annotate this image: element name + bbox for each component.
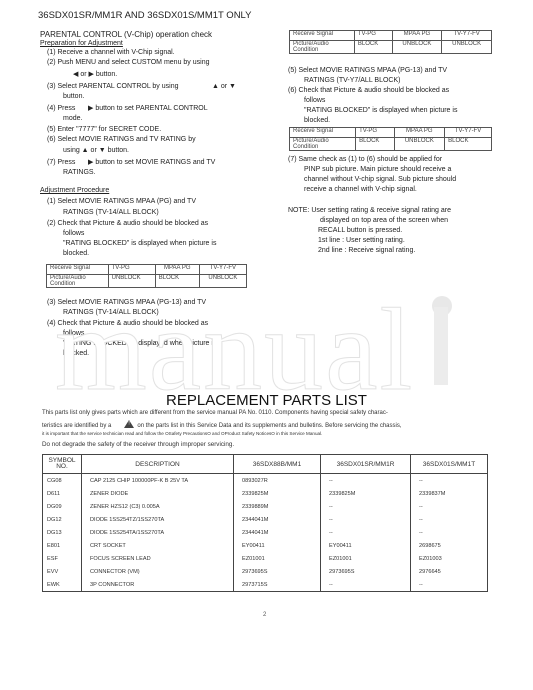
header-cell: Receive Signal <box>47 265 109 275</box>
right-step-6-cont: follows <box>304 96 325 106</box>
table-cell: CAP 2125 CHIP 100000PF-K B 25V TA <box>82 474 234 488</box>
table-cell: -- <box>321 500 411 513</box>
table-cell: DG13 <box>43 526 82 539</box>
table-row: DG09ZENER HZS12 (C3) 0.005A2339889M---- <box>43 500 488 513</box>
right-step-6-note: "RATING BLOCKED" is displayed when pictu… <box>304 106 457 116</box>
right-step-6: (6) Check that Picture & audio should be… <box>288 86 449 96</box>
table-cell: 2339825M <box>234 487 321 500</box>
table-row: DG12DIODE 1SS254TZ/1SS270TA2344041M---- <box>43 513 488 526</box>
note-line-3: RECALL button is pressed. <box>318 226 402 236</box>
header-cell: TV-Y7-FV <box>199 265 246 275</box>
value-cell: UNBLOCK <box>394 138 445 151</box>
table-cell: -- <box>321 513 411 526</box>
table-row: CG08CAP 2125 CHIP 100000PF-K B 25V TA089… <box>43 474 488 488</box>
page-number: 2 <box>263 612 266 618</box>
value-cell: BLOCK <box>354 41 392 54</box>
table-row: EWK3P CONNECTOR2973715S---- <box>43 578 488 592</box>
watermark-i-stem <box>434 307 448 385</box>
table-cell: 2339825M <box>321 487 411 500</box>
section-title-parental-control: PARENTAL CONTROL (V-Chip) operation chec… <box>40 30 212 39</box>
prep-step-6: (6) Select MOVIE RATINGS and TV RATING b… <box>47 135 196 145</box>
table-cell: CG08 <box>43 474 82 488</box>
table-cell: -- <box>411 526 488 539</box>
header-cell: Receive Signal <box>290 31 355 41</box>
watermark: manual <box>55 300 414 400</box>
header-cell: TV-PG <box>108 265 155 275</box>
col-header-symbol: SYMBOL NO. <box>43 455 82 474</box>
table-cell: 3P CONNECTOR <box>82 578 234 592</box>
note-line-4: 1st line : User setting rating. <box>318 236 405 246</box>
prep-step-4-cont: mode. <box>63 114 82 124</box>
adj-step-1: (1) Select MOVIE RATINGS MPAA (PG) and T… <box>47 197 196 207</box>
table-cell: -- <box>321 474 411 488</box>
table-row: D611ZENER DIODE2339825M2339825M2339837M <box>43 487 488 500</box>
header-cell: MPAA PG <box>392 31 442 41</box>
table-row: E801CRT SOCKETEY00411EY004112698675 <box>43 539 488 552</box>
table-cell: EZ01003 <box>411 552 488 565</box>
prep-step-1: (1) Receive a channel with V-Chip signal… <box>47 48 175 58</box>
document-header: 36SDX01SR/MM1R AND 36SDX01S/MM1T ONLY <box>38 10 251 21</box>
parts-intro-line-4: Do not degrade the safety of the receive… <box>42 441 234 448</box>
table-cell: 2973695S <box>234 565 321 578</box>
adj-step-2: (2) Check that Picture & audio should be… <box>47 219 208 229</box>
safety-warning-icon <box>124 420 134 428</box>
prep-step-4-text: ▶ button to set PARENTAL CONTROL <box>88 104 208 114</box>
value-cell: BLOCK <box>356 138 394 151</box>
parts-list-title: REPLACEMENT PARTS LIST <box>0 392 533 409</box>
signal-table-3: Receive Signal TV-PG MPAA PG TV-Y7-FV Pi… <box>289 127 492 151</box>
parts-intro-line-3: it is important that the service technic… <box>42 431 322 436</box>
row-label: Picture/AudioCondition <box>290 138 356 151</box>
adj-step-2-end: blocked. <box>63 249 89 259</box>
parts-intro-line-1: This parts list only gives parts which a… <box>42 410 388 416</box>
col-header-36sdx88b: 36SDX88B/MM1 <box>234 455 321 474</box>
table-cell: CRT SOCKET <box>82 539 234 552</box>
note-line-2: displayed on top area of the screen when <box>320 216 448 226</box>
table-cell: -- <box>411 578 488 592</box>
table-cell: EVV <box>43 565 82 578</box>
table-cell: EZ01001 <box>234 552 321 565</box>
table-cell: FOCUS SCREEN LEAD <box>82 552 234 565</box>
table-cell: ZENER HZS12 (C3) 0.005A <box>82 500 234 513</box>
header-cell: TV-PG <box>356 128 394 138</box>
right-step-7-cont-3: receive a channel with V-chip signal. <box>304 185 417 195</box>
table-cell: CONNECTOR (VM) <box>82 565 234 578</box>
header-cell: MPAA PG <box>155 265 199 275</box>
table-cell: 2344041M <box>234 513 321 526</box>
table-cell: 2339837M <box>411 487 488 500</box>
col-header-description: DESCRIPTION <box>82 455 234 474</box>
adj-step-2-note: "RATING BLOCKED" is displayed when pictu… <box>63 239 216 249</box>
table-cell: EZ01001 <box>321 552 411 565</box>
table-cell: -- <box>411 513 488 526</box>
table-cell: EWK <box>43 578 82 592</box>
note-line-1: NOTE: User setting rating & receive sign… <box>288 206 451 216</box>
right-step-7-cont-2: channel without V-chip signal. Sub pictu… <box>304 175 456 185</box>
header-cell: TV-PG <box>354 31 392 41</box>
table-cell: 2973715S <box>234 578 321 592</box>
value-cell: UNBLOCK <box>392 41 442 54</box>
table-cell: 0893027R <box>234 474 321 488</box>
header-cell: MPAA PG <box>394 128 445 138</box>
header-cell: Receive Signal <box>290 128 356 138</box>
subsection-preparation: Preparation for Adjustment <box>40 40 123 47</box>
table-cell: -- <box>321 526 411 539</box>
row-label: Picture/AudioCondition <box>290 41 355 54</box>
table-cell: DIODE 1SS254TZ/1SS270TA <box>82 513 234 526</box>
table-cell: D611 <box>43 487 82 500</box>
table-row: DG13DIODE 1SS254TA/1SS270TA2344041M---- <box>43 526 488 539</box>
header-cell: TV-Y7-FV <box>442 31 492 41</box>
col-header-36sdx01s: 36SDX01S/MM1T <box>411 455 488 474</box>
prep-step-3: (3) Select PARENTAL CONTROL by using <box>47 82 178 92</box>
table-row: ESFFOCUS SCREEN LEADEZ01001EZ01001EZ0100… <box>43 552 488 565</box>
right-step-6-end: blocked. <box>304 116 330 126</box>
parts-table: SYMBOL NO. DESCRIPTION 36SDX88B/MM1 36SD… <box>42 454 488 592</box>
right-step-7: (7) Same check as (1) to (6) should be a… <box>288 155 442 165</box>
col-header-36sdx01sr: 36SDX01SR/MM1R <box>321 455 411 474</box>
adj-step-1-cont: RATINGS (TV-14/ALL BLOCK) <box>63 208 159 218</box>
value-cell: BLOCK <box>445 138 492 151</box>
signal-table-2: Receive Signal TV-PG MPAA PG TV-Y7-FV Pi… <box>289 30 492 54</box>
table-cell: -- <box>321 578 411 592</box>
table-cell: ZENER DIODE <box>82 487 234 500</box>
table-cell: EY00411 <box>234 539 321 552</box>
table-row: EVVCONNECTOR (VM)2973695S2973695S2976645 <box>43 565 488 578</box>
prep-step-3-cont: button. <box>63 92 84 102</box>
table-cell: EY00411 <box>321 539 411 552</box>
prep-step-5: (5) Enter "7777" for SECRET CODE. <box>47 125 161 135</box>
table-cell: DG09 <box>43 500 82 513</box>
prep-step-4: (4) Press <box>47 104 75 114</box>
right-step-5-cont: RATINGS (TV-Y7/ALL BLOCK) <box>304 76 400 86</box>
note-line-5: 2nd line : Receive signal rating. <box>318 246 415 256</box>
table-cell: 2973695S <box>321 565 411 578</box>
table-cell: DIODE 1SS254TA/1SS270TA <box>82 526 234 539</box>
table-cell: 2339889M <box>234 500 321 513</box>
table-cell: DG12 <box>43 513 82 526</box>
table-cell: 2344041M <box>234 526 321 539</box>
right-step-5: (5) Select MOVIE RATINGS MPAA (PG-13) an… <box>288 66 447 76</box>
prep-step-7-text: ▶ button to set MOVIE RATINGS and TV <box>88 158 215 168</box>
table-cell: ESF <box>43 552 82 565</box>
table-cell: 2976645 <box>411 565 488 578</box>
up-down-arrows-icon: ▲ or ▼ <box>212 82 236 92</box>
adj-step-2-cont: follows <box>63 229 84 239</box>
prep-step-6-cont: using ▲ or ▼ button. <box>63 146 129 156</box>
table-cell: 2698675 <box>411 539 488 552</box>
prep-step-2-cont: ◀ or ▶ button. <box>73 70 117 80</box>
table-cell: E801 <box>43 539 82 552</box>
prep-step-7: (7) Press <box>47 158 75 168</box>
table-cell: -- <box>411 500 488 513</box>
parts-intro-line-2: teristics are identified by aon the part… <box>42 420 402 429</box>
prep-step-7-cont: RATINGS. <box>63 168 96 178</box>
prep-step-2: (2) Push MENU and select CUSTOM menu by … <box>47 58 210 68</box>
table-cell: -- <box>411 474 488 488</box>
right-step-7-cont-1: PINP sub picture. Main picture should re… <box>304 165 451 175</box>
value-cell: UNBLOCK <box>442 41 492 54</box>
subsection-adjustment: Adjustment Procedure <box>40 187 109 194</box>
header-cell: TV-Y7-FV <box>445 128 492 138</box>
